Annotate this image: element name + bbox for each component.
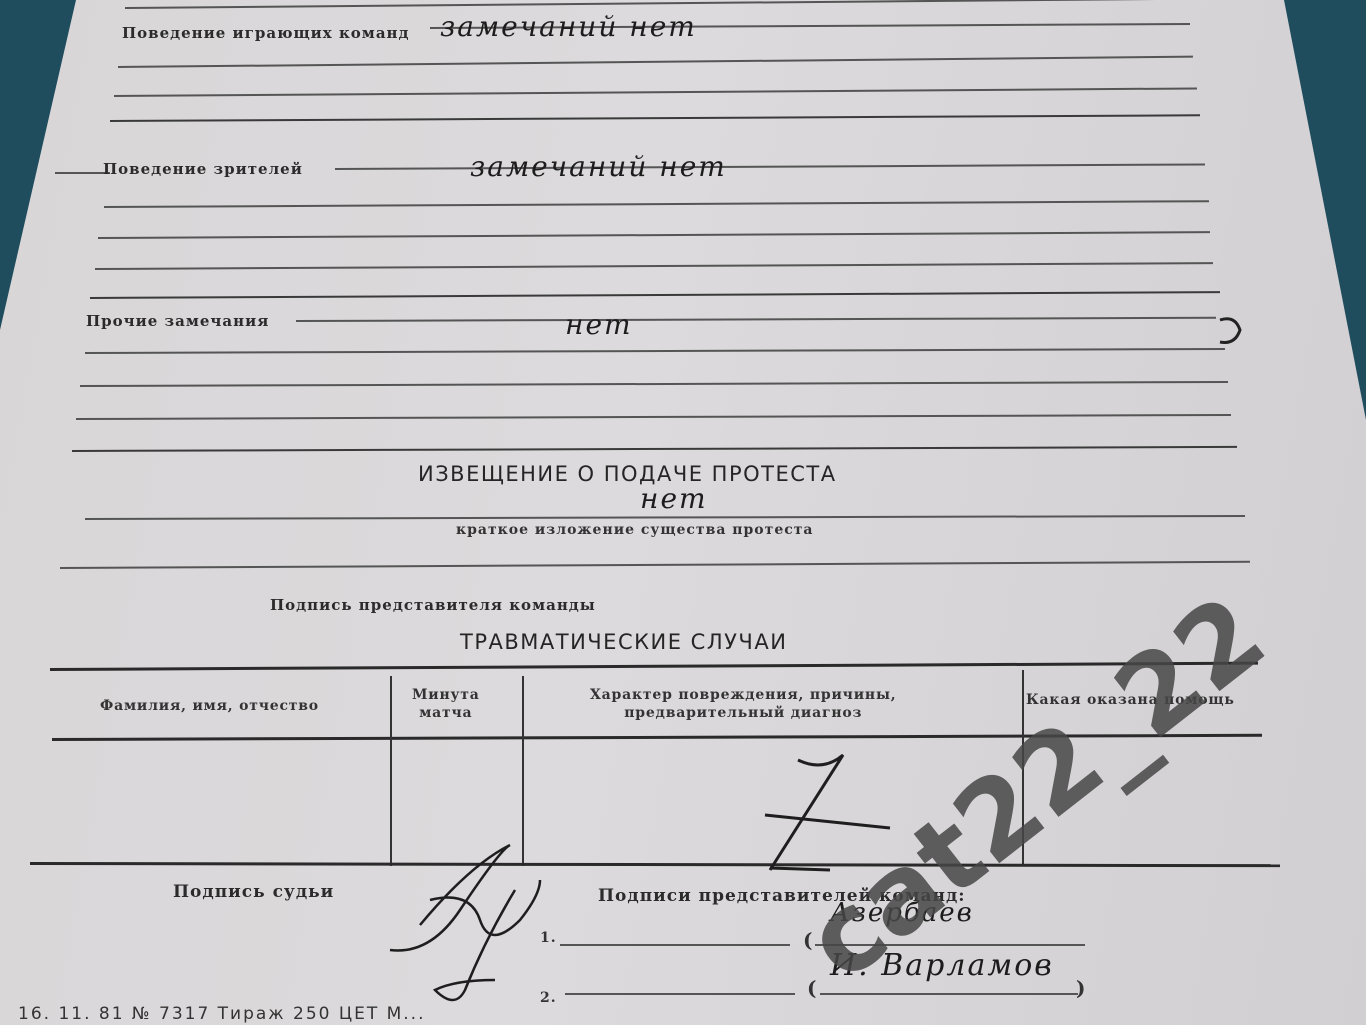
ink-blot [1220, 319, 1240, 343]
referee-signature [390, 845, 540, 1000]
handwriting-strokes [0, 0, 1366, 1025]
report-sheet: Поведение играющих команд замечаний нет … [0, 0, 1366, 1025]
